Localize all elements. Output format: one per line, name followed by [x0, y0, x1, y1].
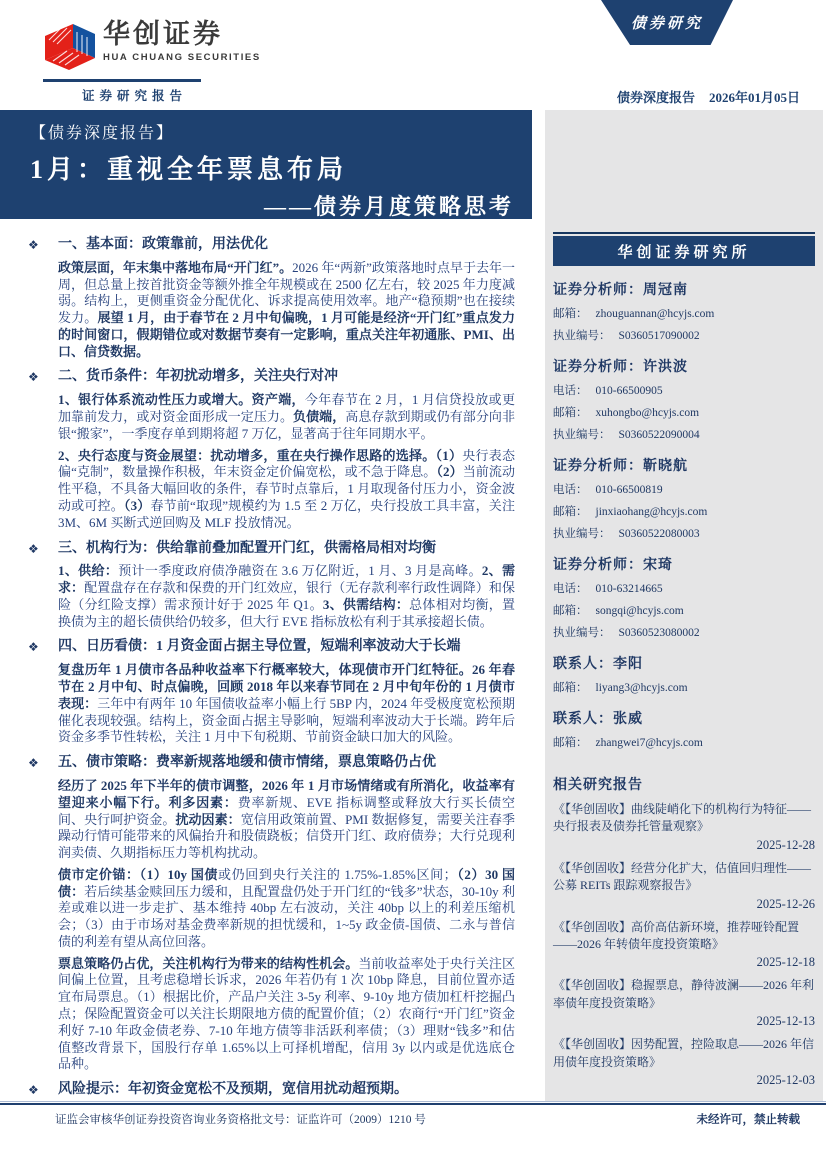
- section-heading: 五、债市策略：费率新规落地缓和债市情绪，票息策略仍占优: [58, 754, 436, 773]
- paragraph-text: 三年中有两年 10 年国债收益率小幅上行 5BP 内，2024 年受极度宽松预期…: [58, 696, 515, 745]
- brand-name: 华创证券: [103, 20, 261, 50]
- summary-content: ❖一、基本面：政策靠前，用法优化政策层面，年末集中落地布局“开门红”。2026 …: [28, 228, 515, 1100]
- paragraph-bold-text: 3、供需结构：: [323, 597, 409, 612]
- section-paragraph: 票息策略仍占优，关注机构行为带来的结构性机会。当前收益率处于央行关注区间偏上位置…: [58, 956, 515, 1073]
- brand-name-en: HUA CHUANG SECURITIES: [103, 52, 261, 63]
- report-category: 债券深度报告: [617, 90, 695, 105]
- related-report-date: 2025-12-13: [553, 1014, 815, 1029]
- field-value: liyang3@hcyjs.com: [596, 682, 688, 694]
- huachuang-logo-icon: [44, 20, 96, 72]
- footer-divider: [0, 1101, 826, 1105]
- analyst-role: 联系人：: [553, 657, 613, 672]
- field-label: 邮箱：: [553, 506, 588, 518]
- paragraph-bold-text: 债市定价锚：（1）10y 国债: [58, 867, 218, 882]
- diamond-bullet-icon: ❖: [28, 540, 58, 556]
- section-heading-row: ❖一、基本面：政策靠前，用法优化: [28, 236, 515, 255]
- field-value: 010-66500819: [596, 484, 663, 496]
- related-report-item: 《【华创固收】高价高估新环境，推荐哑铃配置——2026 年转债年度投资策略》20…: [553, 919, 815, 971]
- field-label: 邮箱：: [553, 605, 588, 617]
- field-value: S0360522090004: [619, 429, 700, 441]
- report-subtitle: ——债券月度策略思考: [30, 190, 514, 221]
- analyst-list: 证券分析师：周冠南邮箱：zhouguannan@hcyjs.com执业编号：S0…: [553, 279, 815, 750]
- field-label: 电话：: [553, 583, 588, 595]
- field-value: songqi@hcyjs.com: [596, 605, 684, 617]
- analyst-role: 证券分析师：: [553, 459, 643, 474]
- report-section: ❖风险提示：年初资金宽松不及预期，宽信用扰动超预期。: [28, 1081, 515, 1100]
- field-value: S0360523080002: [619, 627, 700, 639]
- report-meta: 债券深度报告2026年01月05日: [617, 87, 800, 106]
- section-heading-row: ❖三、机构行为：供给靠前叠加配置开门红，供需格局相对均衡: [28, 540, 515, 559]
- section-heading: 一、基本面：政策靠前，用法优化: [58, 236, 268, 255]
- section-heading: 四、日历看债：1 月资金面占据主导位置，短端利率波动大于长端: [58, 638, 461, 657]
- report-tag: 【债券深度报告】: [30, 120, 514, 143]
- analyst-title: 证券分析师：靳晓航: [553, 455, 815, 475]
- paragraph-bold-text: 1、供给：: [58, 563, 118, 578]
- related-report-title: 《【华创固收】高价高估新环境，推荐哑铃配置——2026 年转债年度投资策略》: [553, 919, 815, 954]
- field-label: 电话：: [553, 484, 588, 496]
- section-heading-row: ❖四、日历看债：1 月资金面占据主导位置，短端利率波动大于长端: [28, 638, 515, 657]
- paragraph-text: 当前收益率处于央行关注区间偏上位置，且考虑稳增长诉求，2026 年若仍有 1 次…: [58, 956, 515, 1072]
- section-paragraph: 债市定价锚：（1）10y 国债或仍回到央行关注的 1.75%-1.85%区间；（…: [58, 867, 515, 951]
- analyst-field: 邮箱：xuhongbo@hcyjs.com: [553, 404, 815, 420]
- paragraph-text: 若后续基金赎回压力缓和，且配置盘仍处于开门红的“钱多”状态，30-10y 利差或…: [58, 884, 515, 949]
- analyst-field: 邮箱：jinxiaohang@hcyjs.com: [553, 503, 815, 519]
- diamond-bullet-icon: ❖: [28, 368, 58, 384]
- paragraph-bold-text: 展望 1 月，由于春节在 2 月中旬偏晚，1 月可能是经济“开门红”重点发力的时…: [58, 310, 515, 359]
- diamond-bullet-icon: ❖: [28, 236, 58, 252]
- section-paragraph: 经历了 2025 年下半年的债市调整，2026 年 1 月市场情绪或有所消化，收…: [58, 778, 515, 862]
- analyst-role: 证券分析师：: [553, 283, 643, 298]
- analyst-title: 证券分析师：宋琦: [553, 554, 815, 574]
- field-label: 邮箱：: [553, 407, 588, 419]
- report-title: 1月：重视全年票息布局: [30, 149, 514, 186]
- diamond-bullet-icon: ❖: [28, 638, 58, 654]
- field-value: zhangwei7@hcyjs.com: [596, 737, 703, 749]
- report-section: ❖三、机构行为：供给靠前叠加配置开门红，供需格局相对均衡1、供给：预计一季度政府…: [28, 540, 515, 631]
- diamond-bullet-icon: ❖: [28, 754, 58, 770]
- paragraph-bold-text: 票息策略仍占优，关注机构行为带来的结构性机会。: [58, 956, 358, 971]
- paragraph-text: 预计一季度政府债净融资在 3.6 万亿附近，1 月、3 月是高峰。: [118, 563, 482, 578]
- analyst-name: 李阳: [613, 657, 643, 672]
- report-section: ❖二、货币条件：年初扰动增多，关注央行对冲1、银行体系流动性压力或增大。资产端，…: [28, 368, 515, 531]
- section-paragraph: 1、供给：预计一季度政府债净融资在 3.6 万亿附近，1 月、3 月是高峰。2、…: [58, 563, 515, 630]
- analyst-field: 电话：010-63214665: [553, 580, 815, 596]
- analyst-name: 靳晓航: [643, 459, 688, 474]
- field-label: 执业编号：: [553, 528, 611, 540]
- analyst-block: 证券分析师：靳晓航电话：010-66500819邮箱：jinxiaohang@h…: [553, 455, 815, 541]
- field-value: zhouguannan@hcyjs.com: [596, 308, 715, 320]
- section-heading-row: ❖风险提示：年初资金宽松不及预期，宽信用扰动超预期。: [28, 1081, 515, 1100]
- page-footer: 证监会审核华创证券投资咨询业务资格批文号：证监许可（2009）1210 号 未经…: [55, 1111, 800, 1127]
- analyst-name: 张威: [613, 712, 643, 727]
- field-label: 邮箱：: [553, 682, 588, 694]
- analyst-role: 证券分析师：: [553, 558, 643, 573]
- institute-header: 华创证券研究所: [553, 236, 815, 266]
- report-title-banner: 【债券深度报告】 1月：重视全年票息布局 ——债券月度策略思考: [0, 110, 532, 219]
- related-reports-heading: 相关研究报告: [553, 774, 815, 794]
- section-heading: 三、机构行为：供给靠前叠加配置开门红，供需格局相对均衡: [58, 540, 436, 559]
- report-type-label: 证券研究报告: [82, 86, 187, 104]
- footer-notice: 未经许可，禁止转载: [697, 1111, 801, 1127]
- related-report-title: 《【华创固收】经营分化扩大，估值回归理性——公募 REITs 跟踪观察报告》: [553, 860, 815, 895]
- related-report-item: 《【华创固收】经营分化扩大，估值回归理性——公募 REITs 跟踪观察报告》20…: [553, 860, 815, 912]
- paragraph-bold-text: （1）: [436, 448, 463, 463]
- report-section: ❖五、债市策略：费率新规落地缓和债市情绪，票息策略仍占优经历了 2025 年下半…: [28, 754, 515, 1073]
- section-heading: 风险提示：年初资金宽松不及预期，宽信用扰动超预期。: [58, 1081, 408, 1100]
- paragraph-bold-text: 2、央行态度与资金展望：扰动增多，重在央行操作思路的选择。: [58, 448, 436, 463]
- field-value: xuhongbo@hcyjs.com: [596, 407, 700, 419]
- paragraph-bold-text: 负债端，: [293, 409, 345, 424]
- field-label: 执业编号：: [553, 330, 611, 342]
- analyst-field: 邮箱：songqi@hcyjs.com: [553, 602, 815, 618]
- field-value: 010-63214665: [596, 583, 663, 595]
- institute-header-wrap: 华创证券研究所: [553, 232, 815, 266]
- diamond-bullet-icon: ❖: [28, 1081, 58, 1097]
- field-label: 执业编号：: [553, 627, 611, 639]
- section-paragraph: 2、央行态度与资金展望：扰动增多，重在央行操作思路的选择。（1）央行表态偏“克制…: [58, 448, 515, 532]
- analyst-field: 邮箱：liyang3@hcyjs.com: [553, 679, 815, 695]
- section-heading-row: ❖二、货币条件：年初扰动增多，关注央行对冲: [28, 368, 515, 387]
- footer-license: 证监会审核华创证券投资咨询业务资格批文号：证监许可（2009）1210 号: [55, 1111, 426, 1127]
- analyst-field: 邮箱：zhouguannan@hcyjs.com: [553, 305, 815, 321]
- paragraph-bold-text: （3）: [124, 498, 151, 513]
- analyst-role: 联系人：: [553, 712, 613, 727]
- field-value: S0360517090002: [619, 330, 700, 342]
- field-label: 邮箱：: [553, 737, 588, 749]
- analyst-field: 电话：010-66500819: [553, 481, 815, 497]
- analyst-title: 证券分析师：许洪波: [553, 356, 815, 376]
- related-report-title: 《【华创固收】曲线陡峭化下的机构行为特征——央行报表及债券托管量观察》: [553, 801, 815, 836]
- analyst-title: 证券分析师：周冠南: [553, 279, 815, 299]
- brand-logo: 华创证券 HUA CHUANG SECURITIES: [44, 20, 261, 72]
- analyst-block: 证券分析师：周冠南邮箱：zhouguannan@hcyjs.com执业编号：S0…: [553, 279, 815, 343]
- analyst-title: 联系人：李阳: [553, 653, 815, 673]
- analyst-block: 证券分析师：许洪波电话：010-66500905邮箱：xuhongbo@hcyj…: [553, 356, 815, 442]
- analyst-field: 邮箱：zhangwei7@hcyjs.com: [553, 734, 815, 750]
- related-reports: 相关研究报告 《【华创固收】曲线陡峭化下的机构行为特征——央行报表及债券托管量观…: [553, 774, 815, 1088]
- section-paragraph: 政策层面，年末集中落地布局“开门红”。2026 年“两新”政策落地时点早于去年一…: [58, 260, 515, 361]
- research-category-badge: 债券研究: [601, 0, 733, 45]
- related-report-date: 2025-12-18: [553, 955, 815, 970]
- analyst-field: 执业编号：S0360523080002: [553, 624, 815, 640]
- paragraph-bold-text: 1、银行体系流动性压力或增大。资产端，: [58, 392, 305, 407]
- analyst-name: 周冠南: [643, 283, 688, 298]
- analyst-block: 联系人：李阳邮箱：liyang3@hcyjs.com: [553, 653, 815, 695]
- related-report-title: 《【华创固收】因势配置，控险取息——2026 年信用债年度投资策略》: [553, 1036, 815, 1071]
- report-date: 2026年01月05日: [709, 90, 800, 105]
- analyst-field: 执业编号：S0360517090002: [553, 327, 815, 343]
- section-paragraph: 1、银行体系流动性压力或增大。资产端，今年春节在 2 月，1 月信贷投放或更加靠…: [58, 392, 515, 442]
- analyst-block: 证券分析师：宋琦电话：010-63214665邮箱：songqi@hcyjs.c…: [553, 554, 815, 640]
- section-heading: 二、货币条件：年初扰动增多，关注央行对冲: [58, 368, 338, 387]
- analyst-field: 执业编号：S0360522080003: [553, 525, 815, 541]
- related-report-date: 2025-12-26: [553, 897, 815, 912]
- brand-divider: [43, 79, 201, 82]
- analyst-block: 联系人：张威邮箱：zhangwei7@hcyjs.com: [553, 708, 815, 750]
- field-value: S0360522080003: [619, 528, 700, 540]
- field-label: 电话：: [553, 385, 588, 397]
- related-report-title: 《【华创固收】稳握票息，静待波澜——2026 年利率债年度投资策略》: [553, 977, 815, 1012]
- related-report-date: 2025-12-03: [553, 1073, 815, 1088]
- paragraph-bold-text: 扰动因素：: [175, 812, 240, 827]
- analyst-role: 证券分析师：: [553, 360, 643, 375]
- analyst-name: 宋琦: [643, 558, 673, 573]
- field-label: 执业编号：: [553, 429, 611, 441]
- info-sidebar: 华创证券研究所 证券分析师：周冠南邮箱：zhouguannan@hcyjs.co…: [545, 110, 823, 1101]
- paragraph-bold-text: 政策层面，年末集中落地布局“开门红”。: [58, 260, 292, 275]
- analyst-name: 许洪波: [643, 360, 688, 375]
- section-paragraph: 复盘历年 1 月债市各品种收益率下行概率较大，体现债市开门红特征。26 年春节在…: [58, 662, 515, 746]
- paragraph-text: 或仍回到央行关注的 1.75%-1.85%区间；: [218, 867, 457, 882]
- section-heading-row: ❖五、债市策略：费率新规落地缓和债市情绪，票息策略仍占优: [28, 754, 515, 773]
- related-reports-list: 《【华创固收】曲线陡峭化下的机构行为特征——央行报表及债券托管量观察》2025-…: [553, 801, 815, 1088]
- report-section: ❖四、日历看债：1 月资金面占据主导位置，短端利率波动大于长端复盘历年 1 月债…: [28, 638, 515, 746]
- field-value: jinxiaohang@hcyjs.com: [596, 506, 708, 518]
- analyst-field: 电话：010-66500905: [553, 382, 815, 398]
- analyst-field: 执业编号：S0360522090004: [553, 426, 815, 442]
- related-report-item: 《【华创固收】因势配置，控险取息——2026 年信用债年度投资策略》2025-1…: [553, 1036, 815, 1088]
- related-report-item: 《【华创固收】稳握票息，静待波澜——2026 年利率债年度投资策略》2025-1…: [553, 977, 815, 1029]
- analyst-title: 联系人：张威: [553, 708, 815, 728]
- report-section: ❖一、基本面：政策靠前，用法优化政策层面，年末集中落地布局“开门红”。2026 …: [28, 236, 515, 360]
- field-label: 邮箱：: [553, 308, 588, 320]
- related-report-item: 《【华创固收】曲线陡峭化下的机构行为特征——央行报表及债券托管量观察》2025-…: [553, 801, 815, 853]
- field-value: 010-66500905: [596, 385, 663, 397]
- related-report-date: 2025-12-28: [553, 838, 815, 853]
- paragraph-bold-text: （2）: [436, 464, 462, 479]
